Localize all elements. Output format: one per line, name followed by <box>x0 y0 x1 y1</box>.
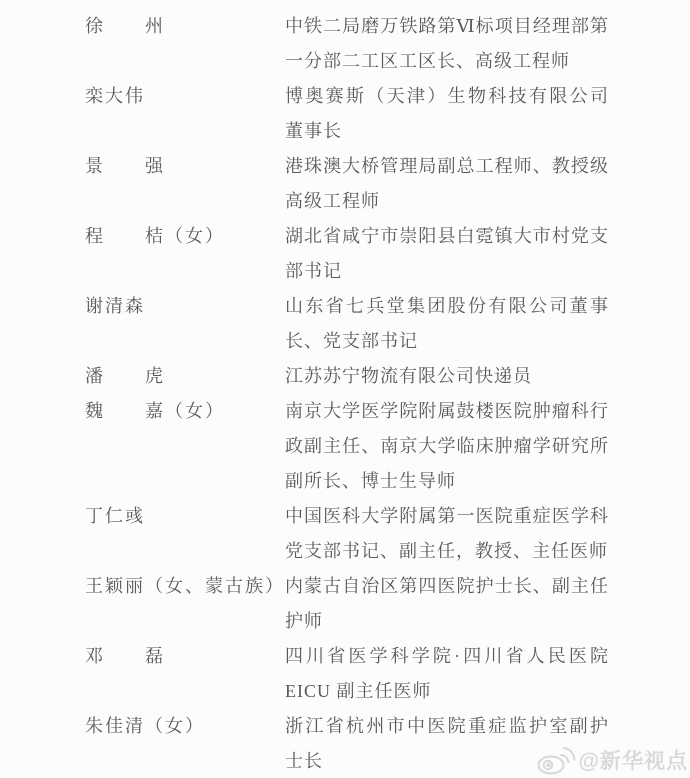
list-item: 程 桔（女）湖北省咸宁市崇阳县白霓镇大市村党支部书记 <box>0 219 690 289</box>
person-title-line: 港珠澳大桥管理局副总工程师、教授级 <box>285 149 609 184</box>
person-name: 徐 州 <box>85 9 285 44</box>
document-page: 徐 州中铁二局磨万铁路第Ⅵ标项目经理部第一分部二工区工区长、高级工程师栾大伟博奥… <box>0 0 690 778</box>
person-title-line: 湖北省咸宁市崇阳县白霓镇大市村党支 <box>285 219 609 254</box>
list-item: 谢清森山东省七兵堂集团股份有限公司董事长、党支部书记 <box>0 289 690 359</box>
list-item: 潘 虎江苏苏宁物流有限公司快递员 <box>0 359 690 394</box>
person-name: 谢清森 <box>85 289 285 324</box>
person-title: 博奥赛斯（天津）生物科技有限公司董事长 <box>285 79 609 149</box>
person-title: 四川省医学科学院·四川省人民医院EICU 副主任医师 <box>285 639 609 709</box>
person-title-line: 一分部二工区工区长、高级工程师 <box>285 44 609 79</box>
person-title-line: 党支部书记、副主任，教授、主任医师 <box>285 534 609 569</box>
list-item: 徐 州中铁二局磨万铁路第Ⅵ标项目经理部第一分部二工区工区长、高级工程师 <box>0 9 690 79</box>
watermark: @新华视点 <box>536 744 688 776</box>
weibo-icon <box>536 744 576 776</box>
person-title: 内蒙古自治区第四医院护士长、副主任护师 <box>285 569 609 639</box>
person-title-line: 高级工程师 <box>285 184 609 219</box>
person-title-line: 内蒙古自治区第四医院护士长、副主任 <box>285 569 609 604</box>
list-item: 景 强港珠澳大桥管理局副总工程师、教授级高级工程师 <box>0 149 690 219</box>
person-title-line: 山东省七兵堂集团股份有限公司董事 <box>285 289 609 324</box>
person-title: 南京大学医学院附属鼓楼医院肿瘤科行政副主任、南京大学临床肿瘤学研究所副所长、博士… <box>285 394 609 499</box>
person-title: 港珠澳大桥管理局副总工程师、教授级高级工程师 <box>285 149 609 219</box>
person-name: 王颖丽（女、蒙古族） <box>85 569 285 604</box>
person-name: 景 强 <box>85 149 285 184</box>
person-name: 栾大伟 <box>85 79 285 114</box>
person-name: 朱佳清（女） <box>85 709 285 744</box>
person-title: 山东省七兵堂集团股份有限公司董事长、党支部书记 <box>285 289 609 359</box>
person-title-line: 江苏苏宁物流有限公司快递员 <box>285 359 609 394</box>
person-name: 魏 嘉（女） <box>85 394 285 429</box>
person-title-line: 博奥赛斯（天津）生物科技有限公司 <box>285 79 609 114</box>
person-title-line: 浙江省杭州市中医院重症监护室副护 <box>285 709 609 744</box>
person-title-line: 护师 <box>285 604 609 639</box>
person-title: 江苏苏宁物流有限公司快递员 <box>285 359 609 394</box>
person-title-line: 副所长、博士生导师 <box>285 464 609 499</box>
person-name: 程 桔（女） <box>85 219 285 254</box>
list-item: 邓 磊四川省医学科学院·四川省人民医院EICU 副主任医师 <box>0 639 690 709</box>
person-name: 邓 磊 <box>85 639 285 674</box>
list-item: 王颖丽（女、蒙古族）内蒙古自治区第四医院护士长、副主任护师 <box>0 569 690 639</box>
roster: 徐 州中铁二局磨万铁路第Ⅵ标项目经理部第一分部二工区工区长、高级工程师栾大伟博奥… <box>0 9 690 778</box>
person-title-line: 董事长 <box>285 114 609 149</box>
person-title-line: 南京大学医学院附属鼓楼医院肿瘤科行 <box>285 394 609 429</box>
person-title-line: 四川省医学科学院·四川省人民医院 <box>285 639 609 674</box>
person-title-line: 部书记 <box>285 254 609 289</box>
person-name: 丁仁彧 <box>85 499 285 534</box>
person-title: 湖北省咸宁市崇阳县白霓镇大市村党支部书记 <box>285 219 609 289</box>
person-title-line: EICU 副主任医师 <box>285 674 609 709</box>
person-name: 潘 虎 <box>85 359 285 394</box>
watermark-handle: @新华视点 <box>579 745 688 775</box>
person-title-line: 中国医科大学附属第一医院重症医学科 <box>285 499 609 534</box>
person-title-line: 政副主任、南京大学临床肿瘤学研究所 <box>285 429 609 464</box>
person-title-line: 长、党支部书记 <box>285 324 609 359</box>
person-title-line: 中铁二局磨万铁路第Ⅵ标项目经理部第 <box>285 9 609 44</box>
list-item: 丁仁彧中国医科大学附属第一医院重症医学科党支部书记、副主任，教授、主任医师 <box>0 499 690 569</box>
list-item: 栾大伟博奥赛斯（天津）生物科技有限公司董事长 <box>0 79 690 149</box>
person-title: 中国医科大学附属第一医院重症医学科党支部书记、副主任，教授、主任医师 <box>285 499 609 569</box>
person-title: 中铁二局磨万铁路第Ⅵ标项目经理部第一分部二工区工区长、高级工程师 <box>285 9 609 79</box>
list-item: 魏 嘉（女）南京大学医学院附属鼓楼医院肿瘤科行政副主任、南京大学临床肿瘤学研究所… <box>0 394 690 499</box>
